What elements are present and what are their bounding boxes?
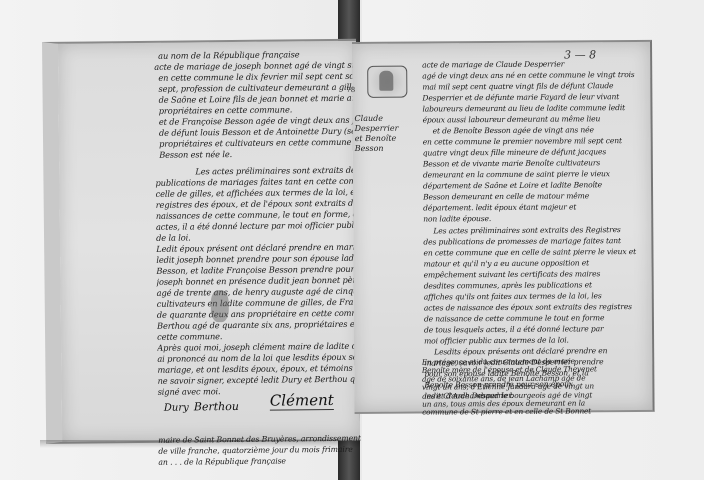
signature-dury: Dury	[164, 402, 189, 413]
margin-line: Besson	[355, 144, 399, 154]
seal-stamp-icon	[367, 66, 407, 98]
margin-line: Desperrier	[355, 124, 399, 134]
left-page-footer: maire de Saint Bonnet des Bruyères, arro…	[158, 433, 361, 468]
text-line: non ladite épouse.	[423, 212, 635, 224]
text-line: commune de St pierre et en celle de St B…	[422, 408, 597, 418]
ink-stain	[211, 290, 229, 322]
margin-line: et Benoîte	[355, 134, 399, 144]
text-line: en cette commune que en celle de saint p…	[423, 246, 636, 258]
page-shadow	[40, 440, 360, 448]
text-line: an . . . de la République française	[158, 455, 361, 468]
text-line: demeurant en la commune de saint pierre …	[423, 168, 635, 180]
text-line: actes de naissance des époux sont extrai…	[424, 301, 637, 313]
left-page: au nom de la République française acte d…	[42, 39, 360, 444]
folio-mark: 78	[346, 86, 355, 94]
seal-figure-icon	[379, 71, 393, 91]
text-line: quatre vingt deux fille mineure de défun…	[423, 146, 635, 158]
right-page-witnesses: En présence et du consentement de marie …	[422, 357, 597, 417]
right-page-preliminaries: Les actes préliminaires sont extraits de…	[423, 224, 636, 346]
right-page-act-text: acte de mariage de Claude Desperrier agé…	[422, 58, 636, 224]
text-line: laboureurs demeurant au lieu de ladite c…	[422, 102, 634, 114]
margin-note-names: Claude Desperrier et Benoîte Besson	[355, 114, 399, 154]
signature-berthou: Berthou	[194, 400, 239, 413]
margin-line: Claude	[355, 114, 399, 124]
signature-clement: Clément	[270, 391, 334, 411]
